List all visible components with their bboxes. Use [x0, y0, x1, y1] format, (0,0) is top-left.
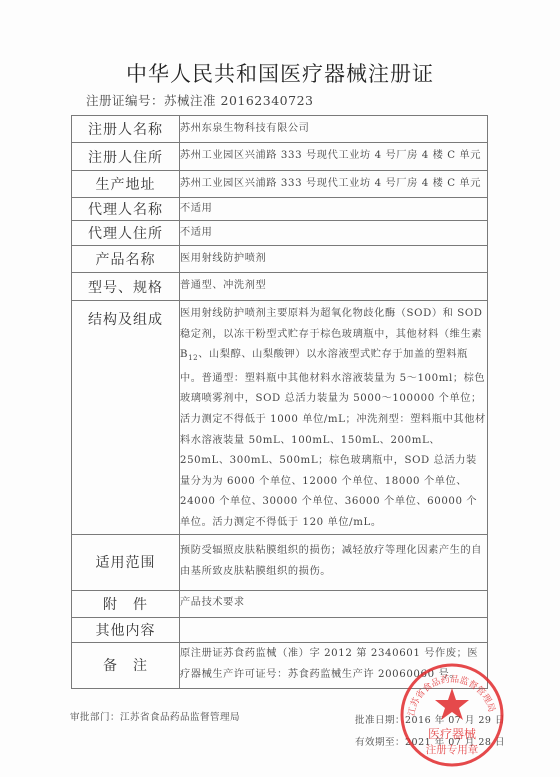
row-value: 苏州工业园区兴浦路 333 号现代工业坊 4 号厂房 4 楼 C 单元 [180, 171, 488, 198]
row-value [180, 617, 488, 642]
table-row: 型号、规格 普通型、冲洗剂型 [72, 273, 488, 301]
table-row: 注册人名称 苏州东泉生物科技有限公司 [72, 116, 488, 143]
row-label: 注册人名称 [72, 116, 180, 143]
table-row: 产品名称 医用射线防护喷剂 [72, 246, 488, 273]
table-row: 注册人住所 苏州工业园区兴浦路 333 号现代工业坊 4 号厂房 4 楼 C 单… [72, 143, 488, 171]
row-value: 苏州工业园区兴浦路 333 号现代工业坊 4 号厂房 4 楼 C 单元 [180, 143, 488, 171]
row-value: 不适用 [180, 198, 488, 221]
seal-line1: 医疗器械 [428, 726, 476, 741]
approval-department: 审批部门：江苏省食品药品监督管理局 [70, 709, 240, 723]
certificate-table: 注册人名称 苏州东泉生物科技有限公司 注册人住所 苏州工业园区兴浦路 333 号… [71, 115, 488, 689]
row-value: 预防受辐照皮肤粘膜组织的损伤；减轻放疗等理化因素产生的自由基所致皮肤粘膜组织的损… [180, 534, 488, 590]
table-row: 适用范围 预防受辐照皮肤粘膜组织的损伤；减轻放疗等理化因素产生的自由基所致皮肤粘… [72, 534, 488, 590]
table-row: 代理人名称 不适用 [72, 198, 488, 221]
certificate-title: 中华人民共和国医疗器械注册证 [0, 58, 560, 88]
row-value: 医用射线防护喷剂主要原料为超氧化物歧化酶（SOD）和 SOD 稳定剂，以冻干粉型… [180, 301, 488, 535]
structure-text-part2: 、山梨醇、山梨酸钾）以水溶液型式贮存于加盖的塑料瓶中。普通型：塑料瓶中其他材料水… [180, 349, 486, 528]
row-value: 不适用 [180, 221, 488, 246]
seal-line2: 注册专用章 [426, 743, 479, 756]
subscript-12: 12 [188, 354, 198, 362]
official-seal-icon: 江苏省食品药品监督管理局 医疗器械 注册专用章 [397, 660, 507, 770]
row-value: 普通型、冲洗剂型 [180, 273, 488, 301]
row-label: 生产地址 [72, 171, 180, 198]
row-value: 苏州东泉生物科技有限公司 [180, 116, 488, 143]
row-label: 附 件 [72, 590, 180, 617]
row-value: 医用射线防护喷剂 [180, 246, 488, 273]
row-label: 代理人住所 [72, 221, 180, 246]
row-label: 适用范围 [72, 534, 180, 590]
row-label: 代理人名称 [72, 198, 180, 221]
table-row: 附 件 产品技术要求 [72, 590, 488, 617]
row-label: 结构及组成 [72, 301, 180, 535]
table-row: 代理人住所 不适用 [72, 221, 488, 246]
row-label: 产品名称 [72, 246, 180, 273]
registration-number-value: 苏械注准 20162340723 [164, 93, 313, 108]
registration-number-label: 注册证编号： [86, 93, 164, 108]
row-value: 产品技术要求 [180, 590, 488, 617]
row-label: 其他内容 [72, 617, 180, 642]
table-row: 生产地址 苏州工业园区兴浦路 333 号现代工业坊 4 号厂房 4 楼 C 单元 [72, 171, 488, 198]
row-label: 注册人住所 [72, 143, 180, 171]
row-label: 备 注 [72, 642, 180, 688]
table-row: 其他内容 [72, 617, 488, 642]
registration-number: 注册证编号：苏械注准 20162340723 [86, 91, 313, 109]
row-label: 型号、规格 [72, 273, 180, 301]
table-row: 结构及组成 医用射线防护喷剂主要原料为超氧化物歧化酶（SOD）和 SOD 稳定剂… [72, 301, 488, 535]
